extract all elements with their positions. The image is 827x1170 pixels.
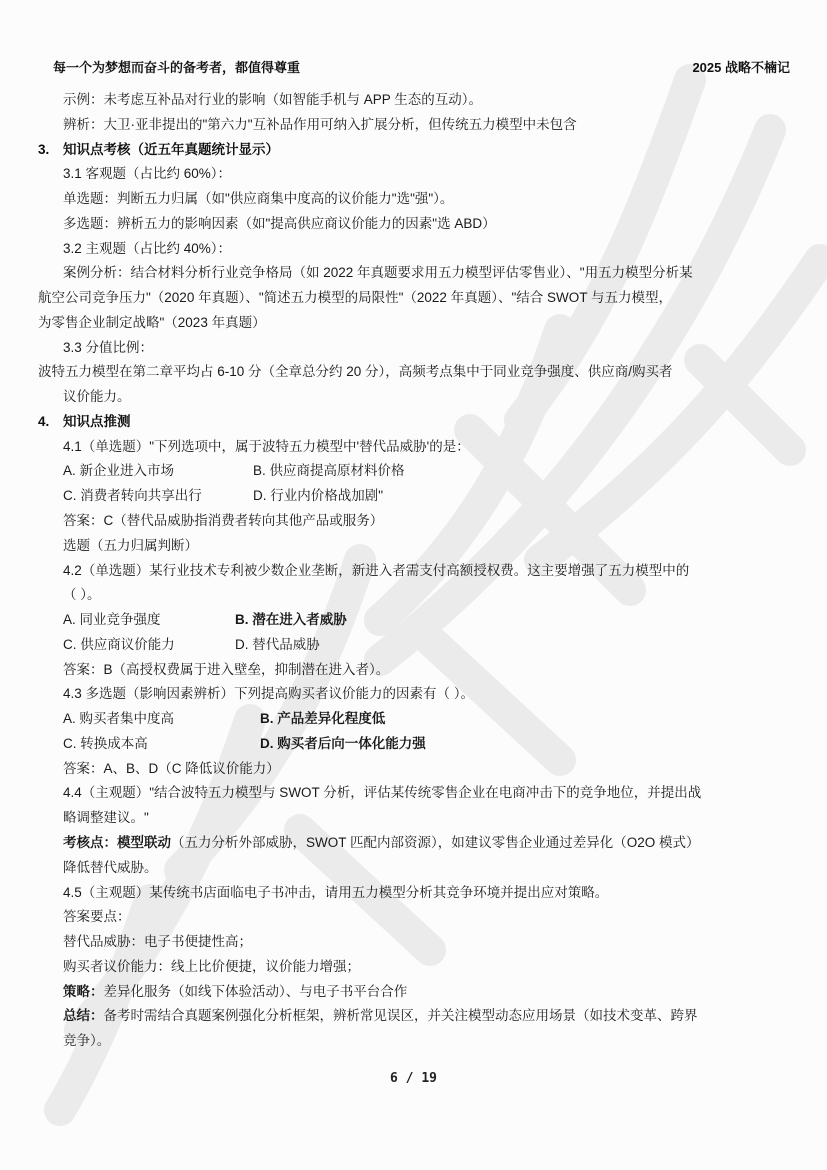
subjective-questions-ratio: 3.2 主观题（占比约 40%）： xyxy=(0,237,827,262)
document-page: 每一个为梦想而奋斗的备考者，都值得尊重 2025 战略不楠记 示例：未考虑互补品… xyxy=(0,0,827,1170)
option-c: C. 消费者转向共享出行 xyxy=(63,484,253,509)
page-footer: 6 / 19 xyxy=(0,1071,827,1086)
assessment-point-line-2: 降低替代威胁。 xyxy=(0,856,827,881)
section-3-heading: 3.知识点考核（近五年真题统计显示） xyxy=(0,138,827,163)
option-d: D. 购买者后向一体化能力强 xyxy=(260,736,426,751)
question-4-2-line-1: 4.2（单选题）某行业技术专利被少数企业垄断，新进入者需支付高额授权费。这主要增… xyxy=(0,559,827,584)
option-d: D. 替代品威胁 xyxy=(235,637,320,652)
page-header: 每一个为梦想而奋斗的备考者，都值得尊重 2025 战略不楠记 xyxy=(53,58,790,78)
option-b: B. 产品差异化程度低 xyxy=(260,711,385,726)
option-d: D. 行业内价格战加剧" xyxy=(253,488,383,503)
option-a: A. 购买者集中度高 xyxy=(63,707,260,732)
buyer-bargaining-point: 购买者议价能力：线上比价便捷，议价能力增强； xyxy=(0,955,827,980)
summary-text: 备考时需结合真题案例强化分析框架，辨析常见误区，并关注模型动态应用场景（如技术变… xyxy=(104,1008,698,1023)
strategy-label: 策略： xyxy=(63,984,104,999)
single-choice-desc: 单选题：判断五力归属（如"供应商集中度高的议价能力"选"强"）。 xyxy=(0,187,827,212)
case-analysis-line-3: 为零售企业制定战略"（2023 年真题） xyxy=(0,311,827,336)
answer-key-points-label: 答案要点： xyxy=(0,905,827,930)
question-4-4-line-2: 略调整建议。" xyxy=(0,806,827,831)
assessment-point-label: 考核点：模型联动 xyxy=(63,835,171,850)
summary-line-2: 竞争）。 xyxy=(0,1029,827,1054)
assessment-point-text: （五力分析外部威胁，SWOT 匹配内部资源），如建议零售企业通过差异化（O2O … xyxy=(171,835,700,850)
question-4-3-options-ab: A. 购买者集中度高B. 产品差异化程度低 xyxy=(0,707,827,732)
option-b: B. 潜在进入者威胁 xyxy=(235,612,347,627)
option-a: A. 同业竞争强度 xyxy=(63,608,235,633)
question-type-note: 选题（五力归属判断） xyxy=(0,534,827,559)
section-4-title: 知识点推测 xyxy=(63,414,131,429)
example-line: 示例：未考虑互补品对行业的影响（如智能手机与 APP 生态的互动）。 xyxy=(0,88,827,113)
case-analysis-line-1: 案例分析：结合材料分析行业竞争格局（如 2022 年真题要求用五力模型评估零售业… xyxy=(0,261,827,286)
question-4-1-options-ab: A. 新企业进入市场B. 供应商提高原材料价格 xyxy=(0,459,827,484)
question-4-5: 4.5（主观题）某传统书店面临电子书冲击，请用五力模型分析其竞争环境并提出应对策… xyxy=(0,881,827,906)
summary-label: 总结： xyxy=(63,1008,104,1023)
section-4-heading: 4.知识点推测 xyxy=(0,410,827,435)
case-analysis-line-2: 航空公司竞争压力"（2020 年真题）、"简述五力模型的局限性"（2022 年真… xyxy=(0,286,827,311)
answer-4-3: 答案：A、B、D（C 降低议价能力） xyxy=(0,757,827,782)
assessment-point-line-1: 考核点：模型联动（五力分析外部威胁，SWOT 匹配内部资源），如建议零售企业通过… xyxy=(0,831,827,856)
answer-4-1: 答案：C（替代品威胁指消费者转向其他产品或服务） xyxy=(0,509,827,534)
page-number: 6 / 19 xyxy=(390,1071,437,1086)
document-body: 示例：未考虑互补品对行业的影响（如智能手机与 APP 生态的互动）。 辨析：大卫… xyxy=(0,88,827,1054)
question-4-3: 4.3 多选题（影响因素辨析）下列提高购买者议价能力的因素有（ ）。 xyxy=(0,682,827,707)
question-4-2-line-2: （ ）。 xyxy=(0,583,827,608)
option-a: A. 新企业进入市场 xyxy=(63,459,253,484)
score-ratio-line-1: 波特五力模型在第二章平均占 6-10 分（全章总分约 20 分），高频考点集中于… xyxy=(0,360,827,385)
question-4-1-options-cd: C. 消费者转向共享出行D. 行业内价格战加剧" xyxy=(0,484,827,509)
option-c: C. 转换成本高 xyxy=(63,732,260,757)
question-4-3-options-cd: C. 转换成本高D. 购买者后向一体化能力强 xyxy=(0,732,827,757)
option-b: B. 供应商提高原材料价格 xyxy=(253,463,405,478)
strategy-point: 策略：差异化服务（如线下体验活动）、与电子书平台合作 xyxy=(0,980,827,1005)
multi-choice-desc: 多选题：辨析五力的影响因素（如"提高供应商议价能力的因素"选 ABD） xyxy=(0,212,827,237)
substitute-threat-point: 替代品威胁：电子书便捷性高； xyxy=(0,930,827,955)
strategy-text: 差异化服务（如线下体验活动）、与电子书平台合作 xyxy=(104,984,408,999)
question-4-2-options-ab: A. 同业竞争强度B. 潜在进入者威胁 xyxy=(0,608,827,633)
answer-4-2: 答案：B（高授权费属于进入壁垒，抑制潜在进入者）。 xyxy=(0,658,827,683)
question-4-1: 4.1（单选题）"下列选项中，属于波特五力模型中'替代品威胁'的是： xyxy=(0,435,827,460)
section-4-number: 4. xyxy=(38,410,63,435)
score-ratio-line-2: 议价能力。 xyxy=(0,385,827,410)
score-ratio-heading: 3.3 分值比例： xyxy=(0,336,827,361)
section-3-title: 知识点考核（近五年真题统计显示） xyxy=(63,142,279,157)
section-3-number: 3. xyxy=(38,138,63,163)
discrimination-line: 辨析：大卫·亚非提出的"第六力"互补品作用可纳入扩展分析，但传统五力模型中未包含 xyxy=(0,113,827,138)
question-4-4-line-1: 4.4（主观题）"结合波特五力模型与 SWOT 分析，评估某传统零售企业在电商冲… xyxy=(0,781,827,806)
header-brand-title: 2025 战略不楠记 xyxy=(692,58,790,78)
objective-questions-ratio: 3.1 客观题（占比约 60%）： xyxy=(0,162,827,187)
header-slogan: 每一个为梦想而奋斗的备考者，都值得尊重 xyxy=(53,58,300,78)
question-4-2-options-cd: C. 供应商议价能力D. 替代品威胁 xyxy=(0,633,827,658)
summary-line-1: 总结：备考时需结合真题案例强化分析框架，辨析常见误区，并关注模型动态应用场景（如… xyxy=(0,1004,827,1029)
option-c: C. 供应商议价能力 xyxy=(63,633,235,658)
